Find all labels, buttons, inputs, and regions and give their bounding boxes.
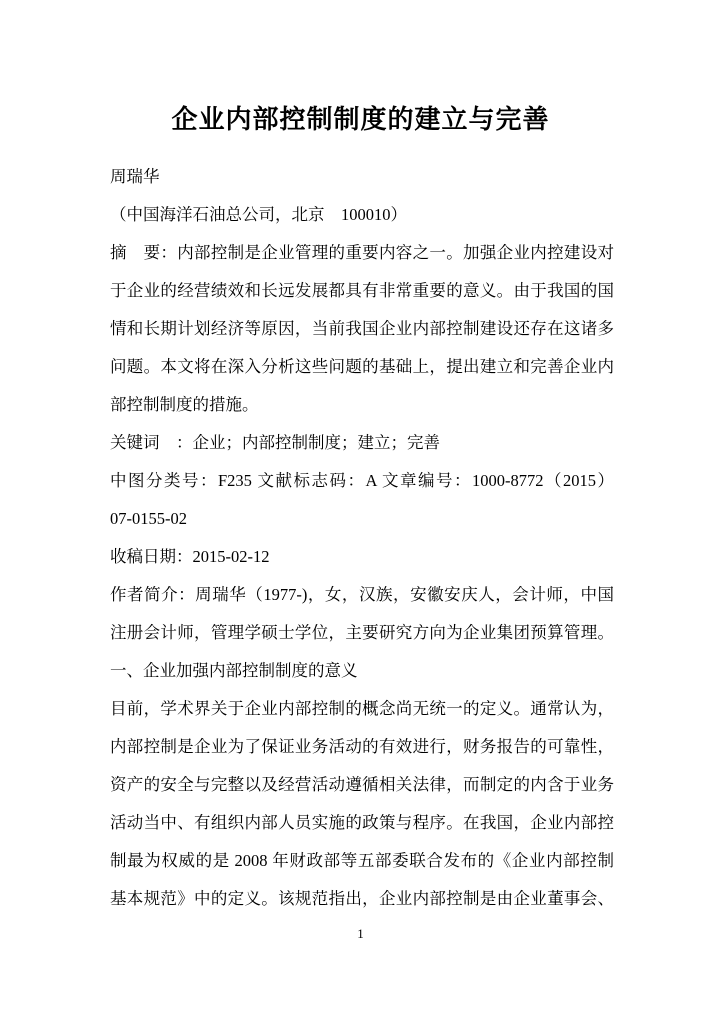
author-name: 周瑞华 bbox=[110, 158, 614, 196]
author-bio-line: 作者简介：周瑞华（1977-)，女，汉族，安徽安庆人，会计师，中国 bbox=[110, 576, 614, 614]
section-heading: 一、企业加强内部控制制度的意义 bbox=[110, 652, 614, 690]
author-bio-line: 注册会计师，管理学硕士学位，主要研究方向为企业集团预算管理。 bbox=[110, 614, 614, 652]
keywords-line: 关键词 ：企业；内部控制制度；建立；完善 bbox=[110, 424, 614, 462]
abstract-line: 于企业的经营绩效和长远发展都具有非常重要的意义。由于我国的国 bbox=[110, 272, 614, 310]
received-date-line: 收稿日期：2015-02-12 bbox=[110, 538, 614, 576]
body-text-line: 资产的安全与完整以及经营活动遵循相关法律，而制定的内含于业务 bbox=[110, 766, 614, 804]
classification-line: 中图分类号：F235 文献标志码：A 文章编号：1000-8772（2015） bbox=[110, 462, 614, 500]
document-page: 企业内部控制制度的建立与完善 周瑞华 （中国海洋石油总公司，北京 100010）… bbox=[0, 0, 721, 1020]
abstract-line: 情和长期计划经济等原因，当前我国企业内部控制建设还存在这诸多 bbox=[110, 310, 614, 348]
body-text-line: 基本规范》中的定义。该规范指出，企业内部控制是由企业董事会、 bbox=[110, 880, 614, 918]
body-text-line: 目前，学术界关于企业内部控制的概念尚无统一的定义。通常认为， bbox=[110, 690, 614, 728]
page-number: 1 bbox=[0, 925, 721, 943]
body-text-line: 内部控制是企业为了保证业务活动的有效进行，财务报告的可靠性， bbox=[110, 728, 614, 766]
abstract-line: 部控制制度的措施。 bbox=[110, 386, 614, 424]
author-affiliation: （中国海洋石油总公司，北京 100010） bbox=[110, 196, 614, 234]
page-body: 周瑞华 （中国海洋石油总公司，北京 100010） 摘 要：内部控制是企业管理的… bbox=[110, 158, 614, 918]
abstract-line: 摘 要：内部控制是企业管理的重要内容之一。加强企业内控建设对 bbox=[110, 234, 614, 272]
body-text-line: 活动当中、有组织内部人员实施的政策与程序。在我国，企业内部控 bbox=[110, 804, 614, 842]
classification-line: 07-0155-02 bbox=[110, 500, 614, 538]
paper-title: 企业内部控制制度的建立与完善 bbox=[0, 103, 721, 137]
body-text-line: 制最为权威的是 2008 年财政部等五部委联合发布的《企业内部控制 bbox=[110, 842, 614, 880]
abstract-line: 问题。本文将在深入分析这些问题的基础上，提出建立和完善企业内 bbox=[110, 348, 614, 386]
